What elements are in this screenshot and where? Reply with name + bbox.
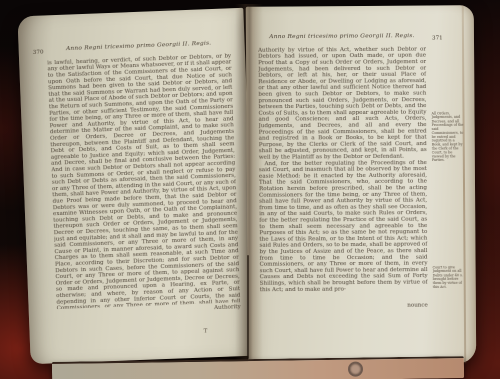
left-body-wrap: is lawful, hearing, or verdict, of such …	[47, 52, 240, 309]
photo-of-open-book: 370 Anno Regni tricesimo primo Georgii I…	[0, 0, 500, 379]
right-running-header: Anno Regni tricesimo primo Georgii II. R…	[258, 32, 426, 40]
right-body-wrap: Authority by virtue of this Act, whether…	[258, 46, 428, 303]
right-paragraph-2: And, for the better regulating the Proce…	[259, 159, 428, 292]
left-page: 370 Anno Regni tricesimo primo Georgii I…	[17, 8, 256, 364]
right-body-text: Authority by virtue of this Act, whether…	[258, 46, 428, 293]
signature-mark: T	[203, 327, 224, 334]
margin-note: All Orders, Judgements, and Decrees, and…	[431, 111, 463, 162]
right-page-number: 371	[432, 34, 458, 40]
round-stamp-icon	[348, 362, 363, 377]
right-paragraph-1: Authority by virtue of this Act, whether…	[258, 46, 427, 161]
margin-note-2-wrap: Court to give Judgement on all Debts und…	[433, 265, 465, 309]
right-catchword: nounce	[260, 302, 431, 309]
right-page: Anno Regni tricesimo primo Georgii II. R…	[246, 5, 476, 365]
left-signature-wrap: T	[203, 327, 223, 337]
margin-note-1-wrap: All Orders, Judgements, and Decrees, and…	[431, 111, 464, 201]
left-body-text: is lawful, hearing, or verdict, of such …	[47, 52, 240, 309]
right-page-number-wrap: 371	[432, 34, 458, 44]
right-catchword-wrap: nounce	[260, 302, 428, 312]
margin-note: Court to give Judgement on all Debts und…	[433, 265, 465, 289]
right-running-header-wrap: Anno Regni tricesimo primo Georgii II. R…	[258, 32, 426, 43]
book-gutter-crack	[247, 255, 249, 359]
left-running-header: Anno Regni tricesimo primo Georgii II. R…	[47, 38, 231, 52]
